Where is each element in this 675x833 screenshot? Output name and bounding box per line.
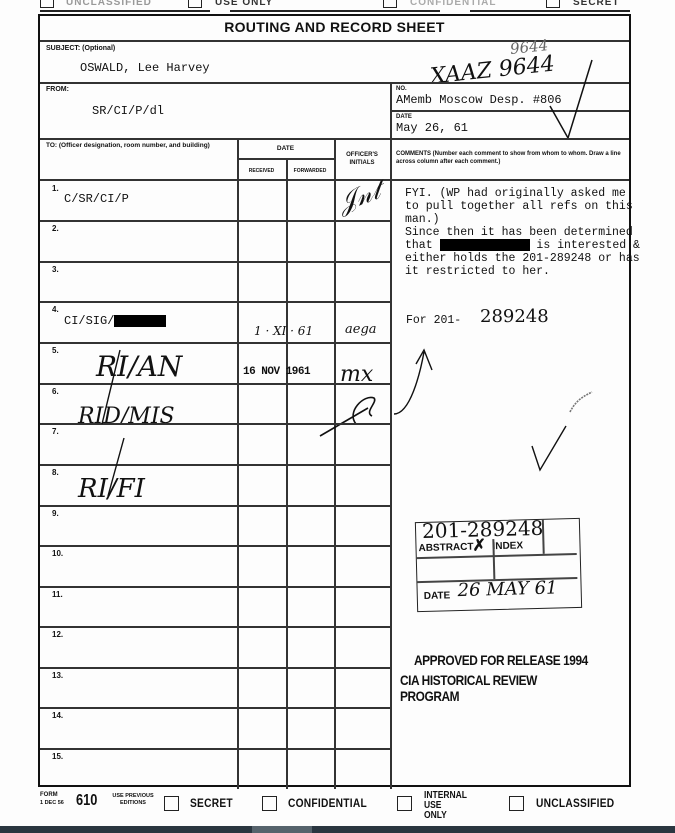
row-divider	[40, 545, 390, 547]
column-divider	[286, 158, 288, 789]
row-number: 6.	[52, 387, 59, 396]
comment-line: man.)	[405, 213, 640, 226]
comment-line: Since then it has been determined	[405, 226, 640, 239]
divider	[230, 10, 440, 12]
scrollbar-thumb[interactable]	[252, 826, 312, 833]
row-to: CI/SIG/	[64, 314, 166, 328]
divider	[470, 10, 630, 12]
redaction-block	[440, 239, 530, 251]
viewer-scrollbar[interactable]	[0, 826, 675, 833]
row-number: 15.	[52, 752, 63, 761]
comment-line: either holds the 201-289248 or has	[405, 252, 640, 265]
comment-line: that is interested &	[405, 239, 640, 252]
form-footer: FORM 1 DEC 56 610 USE PREVIOUS EDITIONS …	[38, 790, 638, 816]
row-divider	[40, 748, 390, 750]
row-divider	[40, 220, 390, 222]
row-initials: aega	[345, 322, 377, 337]
form-title: ROUTING AND RECORD SHEET	[40, 19, 629, 35]
received-header: RECEIVED	[237, 167, 286, 175]
divider	[390, 179, 629, 181]
row-initials-signature: 𝒥𝓃𝓉	[334, 176, 385, 220]
divider	[40, 10, 210, 12]
comment-text: that	[405, 239, 433, 252]
date-value: May 26, 61	[396, 121, 468, 135]
row-received-handwritten: 1 · XI · 61	[254, 324, 313, 338]
row-number: 10.	[52, 549, 63, 558]
row-number: 4.	[52, 305, 59, 314]
to-header: TO: (Officer designation, room number, a…	[46, 142, 226, 150]
form-date: 1 DEC 56	[40, 800, 64, 806]
routing-record-sheet: ROUTING AND RECORD SHEET SUBJECT: (Optio…	[38, 14, 631, 787]
arrow-up-icon	[380, 334, 640, 484]
subject-handwritten: XAAZ 9644	[429, 52, 556, 90]
no-label: NO.	[396, 85, 407, 93]
row-divider	[40, 301, 390, 303]
divider	[40, 179, 390, 181]
index-label: INDEX	[492, 540, 523, 552]
row-number: 5.	[52, 346, 59, 355]
initials-header: OFFICER'S INITIALS	[336, 151, 388, 167]
top-label-confidential: CONFIDENTIAL	[410, 0, 496, 8]
date-label: DATE	[396, 113, 412, 121]
row-number: 3.	[52, 265, 59, 274]
checkbox-label: SECRET	[190, 796, 233, 810]
date-header: DATE	[237, 145, 334, 153]
comment-line: to pull together all refs on this	[405, 200, 640, 213]
row-divider	[40, 342, 390, 344]
row-number: 2.	[52, 224, 59, 233]
checkbox-use-only-top	[188, 0, 202, 8]
checkbox-confidential[interactable]	[262, 796, 277, 811]
release-stamp-line2: CIA HISTORICAL REVIEW PROGRAM	[400, 672, 595, 704]
row-number: 8.	[52, 468, 59, 477]
comment-line: it restricted to her.	[405, 265, 640, 278]
checkbox-confidential-top	[383, 0, 397, 8]
row-number: 12.	[52, 630, 63, 639]
abstract-label: ABSTRACT	[418, 542, 473, 554]
for-201-label: For 201-	[406, 314, 461, 327]
top-classification-strip: UNCLASSIFIED USE ONLY CONFIDENTIAL SECRE…	[0, 0, 675, 12]
stamp-date-label: DATE	[424, 590, 451, 602]
top-label-unclassified: UNCLASSIFIED	[66, 0, 152, 8]
handwritten-slashes	[80, 346, 160, 516]
from-label: FROM:	[46, 86, 69, 94]
row-number: 14.	[52, 711, 63, 720]
previous-editions: USE PREVIOUS EDITIONS	[108, 793, 158, 807]
row-number: 7.	[52, 427, 59, 436]
checkbox-secret[interactable]	[164, 796, 179, 811]
for-201-handwritten: 289248	[480, 306, 549, 327]
row-number: 9.	[52, 509, 59, 518]
form-number: 610	[76, 792, 97, 810]
no-value: AMemb Moscow Desp. #806	[396, 93, 562, 107]
row-divider	[40, 667, 390, 669]
row-number: 13.	[52, 671, 63, 680]
row-divider	[40, 626, 390, 628]
row-divider	[40, 261, 390, 263]
top-label-secret: SECRET	[573, 0, 620, 8]
row-divider	[40, 707, 390, 709]
checkbox-label: CONFIDENTIAL	[288, 796, 367, 810]
comment-line: FYI. (WP had originally asked me	[405, 187, 640, 200]
checkbox-label: UNCLASSIFIED	[536, 796, 614, 810]
subject-label: SUBJECT: (Optional)	[46, 45, 115, 53]
from-value: SR/CI/P/dl	[92, 104, 164, 118]
row-number: 1.	[52, 184, 59, 193]
checkmark-icon	[540, 56, 600, 146]
abstract-index-stamp: 201-289248 ABSTRACT INDEX ✗ DATE 26 MAY …	[415, 518, 582, 612]
comments-text: FYI. (WP had originally asked me to pull…	[405, 187, 640, 278]
checkbox-unclassified-top	[40, 0, 54, 8]
form-label: FORM	[40, 792, 58, 798]
divider	[542, 520, 544, 554]
checkbox-label: INTERNAL USE ONLY	[424, 791, 467, 821]
subject-value: OSWALD, Lee Harvey	[80, 61, 210, 75]
stamp-date-handwritten: 26 MAY 61	[457, 577, 557, 601]
row-received-stamp: 16 NOV 1961	[243, 366, 310, 378]
release-stamp-line1: APPROVED FOR RELEASE 1994	[414, 652, 588, 668]
checkbox-internal-use-only[interactable]	[397, 796, 412, 811]
top-label-use-only: USE ONLY	[215, 0, 273, 8]
divider	[417, 553, 577, 559]
row-to: C/SR/CI/P	[64, 192, 129, 206]
comments-header: COMMENTS (Number each comment to show fr…	[396, 150, 626, 166]
redaction-block	[114, 315, 166, 327]
checkbox-unclassified[interactable]	[509, 796, 524, 811]
forwarded-header: FORWARDED	[286, 167, 334, 175]
x-mark-icon: ✗	[472, 535, 486, 554]
comment-text: is interested &	[536, 239, 640, 252]
row-number: 11.	[52, 590, 63, 599]
row-to-text: CI/SIG/	[64, 314, 114, 328]
row-divider	[40, 586, 390, 588]
checkbox-secret-top	[546, 0, 560, 8]
